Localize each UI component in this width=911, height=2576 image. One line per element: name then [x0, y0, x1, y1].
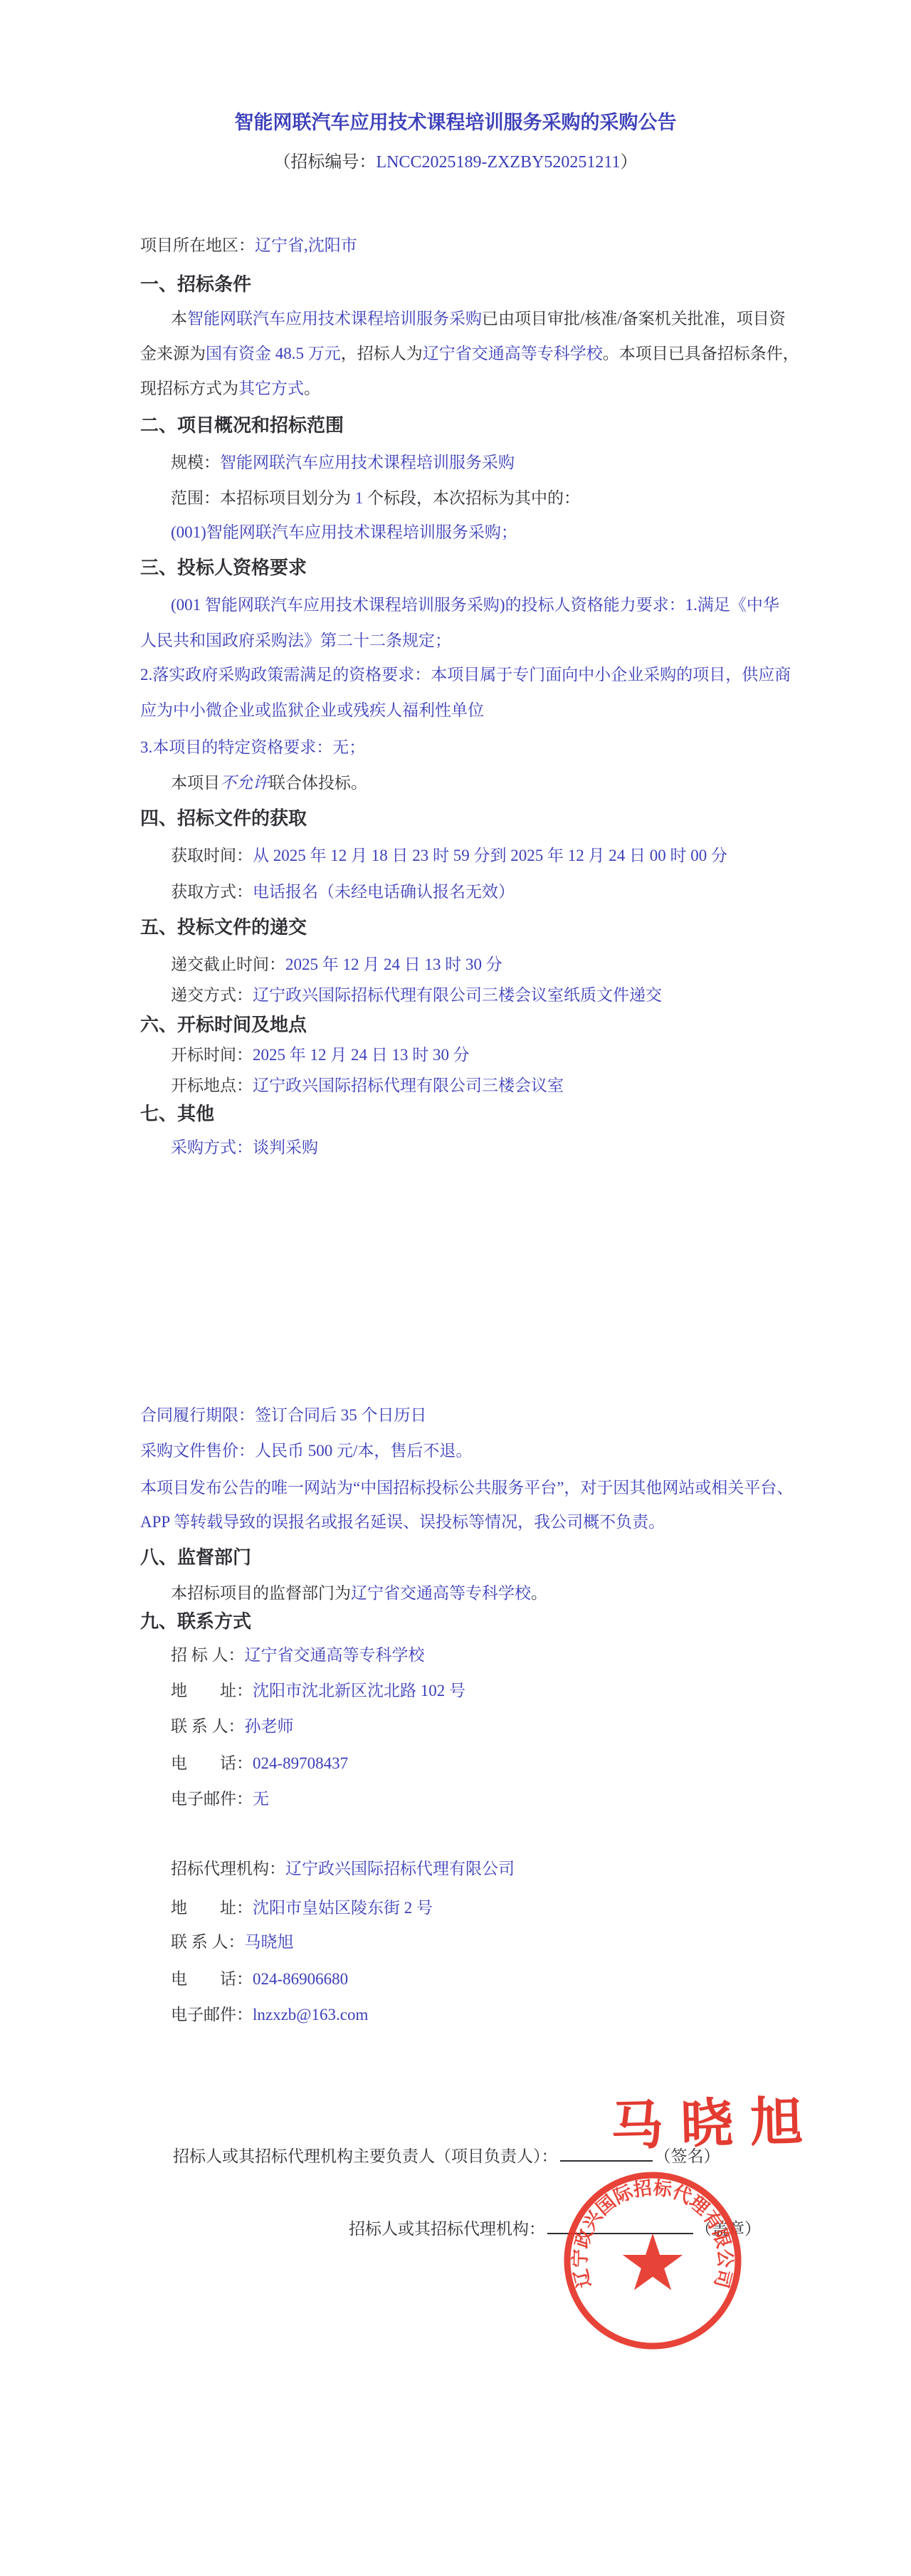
- field-deadline: 递交截止时间：2025 年 12 月 24 日 13 时 30 分: [171, 952, 502, 978]
- text-segment: 地 址：: [171, 1899, 253, 1917]
- section-heading-3: 三、投标人资格要求: [140, 555, 307, 581]
- text-segment: 本项目发布公告的唯一网站为“中国招标投标公共服务平台”，对于因其他网站或相关平台…: [140, 1479, 793, 1497]
- text-segment: 电 话：: [171, 1754, 253, 1772]
- text-segment: 一、招标条件: [140, 274, 251, 295]
- doc-subtitle: （招标编号：LNCC2025189-ZXZBY520251211）: [0, 150, 911, 175]
- text-segment: 辽宁省,沈阳市: [255, 236, 357, 254]
- text-segment: 024-89708437: [253, 1754, 348, 1772]
- contact-tenderer-person: 联 系 人：孙老师: [171, 1714, 294, 1739]
- text-segment: 024-86906680: [253, 1970, 348, 1988]
- text-segment: 三、投标人资格要求: [140, 557, 307, 578]
- text-segment: 四、招标文件的获取: [140, 808, 307, 829]
- text-segment: LNCC2025189-ZXZBY520251211: [376, 153, 620, 172]
- text-segment: 不允许: [220, 774, 269, 792]
- company-round-stamp: ★ 辽宁政兴国际招标代理有限公司: [559, 2167, 746, 2354]
- text-segment: 已由项目审批/核准/备案机关批准，项目资: [482, 310, 786, 328]
- text-segment: 招标人或其招标代理机构主要负责人（项目负责人）：: [173, 2147, 558, 2165]
- field-submit-method: 递交方式：辽宁政兴国际招标代理有限公司三楼会议室纸质文件递交: [171, 983, 662, 1008]
- text-segment: 获取方式：: [171, 883, 253, 901]
- text-segment: 辽宁政兴国际招标代理有限公司: [285, 1860, 515, 1878]
- text-segment: 合同履行期限：签订合同后 35 个日历日: [140, 1406, 427, 1424]
- para-policy-line1: 2.落实政府采购政策需满足的资格要求：本项目属于专门面向中小企业采购的项目，供应…: [140, 662, 791, 688]
- field-open-place: 开标地点：辽宁政兴国际招标代理有限公司三楼会议室: [171, 1073, 564, 1099]
- text-segment: 电 话：: [171, 1970, 253, 1988]
- section-heading-6: 六、开标时间及地点: [140, 1012, 307, 1038]
- contact-tenderer: 招 标 人：辽宁省交通高等专科学校: [171, 1643, 425, 1668]
- section-heading-7: 七、其他: [140, 1101, 214, 1127]
- text-segment: 规模：: [171, 454, 220, 471]
- text-segment: 电子邮件：: [171, 1790, 253, 1808]
- contact-agency-phone: 电 话：024-86906680: [171, 1967, 348, 1992]
- text-segment: 辽宁省交通高等专科学校: [423, 345, 603, 362]
- text-segment: 1: [355, 489, 364, 507]
- text-segment: 递交方式：: [171, 986, 253, 1004]
- project-region-line: 项目所在地区：辽宁省,沈阳市: [140, 233, 357, 258]
- text-segment: 电子邮件：: [171, 2006, 253, 2023]
- text-segment: 智能网联汽车应用技术课程培训服务采购: [220, 454, 515, 471]
- contact-tenderer-phone: 电 话：024-89708437: [171, 1751, 348, 1776]
- text-segment: 地 址：: [171, 1682, 253, 1700]
- text-segment: 无: [253, 1790, 269, 1808]
- text-segment: 2.落实政府采购政策需满足的资格要求：本项目属于专门面向中小企业采购的项目，供应…: [140, 666, 791, 684]
- para-conditions-line2: 金来源为国有资金 48.5 万元，招标人为辽宁省交通高等专科学校。本项目已具备招…: [140, 341, 799, 367]
- text-segment: 电话报名（未经电话确认报名无效）: [253, 883, 515, 901]
- section-heading-8: 八、监督部门: [140, 1545, 251, 1571]
- section-heading-5: 五、投标文件的递交: [140, 915, 307, 941]
- text-segment: 获取时间：: [171, 847, 253, 864]
- text-segment: ，招标人为: [341, 345, 423, 362]
- doc-title: 智能网联汽车应用技术课程培训服务采购的采购公告: [0, 110, 911, 135]
- text-segment: 2025 年 12 月 24 日 13 时 30 分: [253, 1046, 470, 1064]
- text-segment: 采购方式：谈判采购: [171, 1138, 318, 1156]
- handwritten-signature: 马晓旭: [610, 2079, 821, 2160]
- text-segment: lnzxzb@163.com: [253, 2006, 368, 2023]
- field-open-time: 开标时间：2025 年 12 月 24 日 13 时 30 分: [171, 1042, 470, 1068]
- text-segment: 智能网联汽车应用技术课程培训服务采购的采购公告: [235, 112, 677, 133]
- text-segment: 九、联系方式: [140, 1611, 251, 1632]
- text-segment: 沈阳市皇姑区陵东街 2 号: [253, 1899, 433, 1917]
- field-obtain-time: 获取时间：从 2025 年 12 月 18 日 23 时 59 分到 2025 …: [171, 843, 727, 869]
- text-segment: 开标时间：: [171, 1046, 253, 1064]
- text-segment: 从 2025 年 12 月 18 日 23 时 59 分到 2025 年 12 …: [253, 847, 727, 864]
- para-specific-requirement: 3.本项目的特定资格要求：无；: [140, 735, 365, 760]
- text-segment: 八、监督部门: [140, 1547, 251, 1568]
- para-qualification-line1: (001 智能网联汽车应用技术课程培训服务采购)的投标人资格能力要求：1.满足《…: [171, 592, 779, 618]
- stamp-star-icon: ★: [618, 2220, 688, 2307]
- text-segment: 人民共和国政府采购法》第二十二条规定；: [140, 632, 451, 649]
- text-segment: 本项目: [171, 774, 220, 792]
- text-segment: 辽宁省交通高等专科学校: [351, 1584, 531, 1602]
- procurement-announcement-document: 智能网联汽车应用技术课程培训服务采购的采购公告（招标编号：LNCC2025189…: [0, 0, 911, 2576]
- text-segment: 招标代理机构：: [171, 1860, 285, 1878]
- text-segment: 金来源为: [140, 345, 206, 362]
- contact-agency-email: 电子邮件：lnzxzb@163.com: [171, 2002, 368, 2028]
- text-segment: 联合体投标。: [269, 774, 367, 792]
- contact-tenderer-email: 电子邮件：无: [171, 1786, 269, 1812]
- text-segment: (001)智能网联汽车应用技术课程培训服务采购；: [171, 523, 517, 541]
- section-heading-1: 一、招标条件: [140, 272, 251, 298]
- field-procure-method: 采购方式：谈判采购: [171, 1135, 318, 1161]
- text-segment: （招标编号：: [273, 153, 376, 172]
- field-scale: 规模：智能网联汽车应用技术课程培训服务采购: [171, 450, 515, 476]
- text-segment: 递交截止时间：: [171, 955, 285, 973]
- text-segment: 范围：本招标项目划分为: [171, 489, 355, 507]
- text-segment: 智能网联汽车应用技术课程培训服务采购: [187, 310, 482, 328]
- text-segment: 沈阳市沈北新区沈北路 102 号: [253, 1682, 465, 1700]
- text-segment: 本招标项目的监督部门为: [171, 1584, 351, 1602]
- section-heading-4: 四、招标文件的获取: [140, 806, 307, 832]
- contact-agency-person: 联 系 人：马晓旭: [171, 1930, 294, 1955]
- text-segment: 开标地点：: [171, 1077, 253, 1094]
- text-segment: (001 智能网联汽车应用技术课程培训服务采购)的投标人资格能力要求：1.满足《…: [171, 596, 779, 614]
- text-segment: 国有资金 48.5 万元: [206, 345, 341, 362]
- text-segment: 本: [171, 310, 187, 328]
- text-segment: 个标段，本次招标为其中的：: [363, 489, 580, 507]
- text-segment: 。本项目已具备招标条件，: [603, 345, 799, 362]
- text-segment: 孙老师: [245, 1717, 294, 1735]
- text-segment: ）: [621, 153, 638, 172]
- para-conditions-line1: 本智能网联汽车应用技术课程培训服务采购已由项目审批/核准/备案机关批准，项目资: [171, 306, 786, 332]
- text-segment: APP 等转载导致的误报名或报名延误、误投标等情况，我公司概不负责。: [140, 1513, 665, 1531]
- section-heading-2: 二、项目概况和招标范围: [140, 413, 344, 439]
- para-policy-line2: 应为中小微企业或监狱企业或残疾人福利性单位: [140, 698, 484, 723]
- text-segment: 2025 年 12 月 24 日 13 时 30 分: [285, 955, 502, 973]
- contact-agency: 招标代理机构：辽宁政兴国际招标代理有限公司: [171, 1856, 515, 1882]
- text-segment: 二、项目概况和招标范围: [140, 415, 344, 436]
- section-heading-9: 九、联系方式: [140, 1609, 251, 1635]
- text-segment: 联 系 人：: [171, 1933, 245, 1951]
- text-segment: 辽宁政兴国际招标代理有限公司三楼会议室: [253, 1077, 564, 1094]
- text-segment: 采购文件售价：人民币 500 元/本，售后不退。: [140, 1442, 472, 1460]
- contact-tenderer-address: 地 址：沈阳市沈北新区沈北路 102 号: [171, 1678, 465, 1704]
- text-segment: 六、开标时间及地点: [140, 1015, 307, 1035]
- text-segment: 。: [531, 1584, 547, 1602]
- text-segment: 3.本项目的特定资格要求：无；: [140, 738, 365, 756]
- text-segment: 应为中小微企业或监狱企业或残疾人福利性单位: [140, 701, 484, 719]
- para-no-consortium: 本项目不允许联合体投标。: [171, 770, 367, 796]
- para-website-line1: 本项目发布公告的唯一网站为“中国招标投标公共服务平台”，对于因其他网站或相关平台…: [140, 1475, 793, 1501]
- text-segment: 辽宁政兴国际招标代理有限公司三楼会议室纸质文件递交: [253, 986, 662, 1004]
- para-supervisor: 本招标项目的监督部门为辽宁省交通高等专科学校。: [171, 1581, 547, 1606]
- para-qualification-line2: 人民共和国政府采购法》第二十二条规定；: [140, 628, 451, 654]
- field-doc-price: 采购文件售价：人民币 500 元/本，售后不退。: [140, 1438, 472, 1464]
- text-segment: 现招标方式为: [140, 379, 238, 397]
- contact-agency-address: 地 址：沈阳市皇姑区陵东街 2 号: [171, 1895, 433, 1921]
- field-obtain-method: 获取方式：电话报名（未经电话确认报名无效）: [171, 879, 515, 905]
- field-lot-001: (001)智能网联汽车应用技术课程培训服务采购；: [171, 520, 517, 545]
- field-scope: 范围：本招标项目划分为 1 个标段，本次招标为其中的：: [171, 486, 580, 511]
- text-segment: 七、其他: [140, 1104, 214, 1124]
- text-segment: 联 系 人：: [171, 1717, 245, 1735]
- text-segment: 。: [304, 379, 320, 397]
- text-segment: 五、投标文件的递交: [140, 917, 307, 938]
- text-segment: 招 标 人：: [171, 1646, 245, 1664]
- text-segment: 项目所在地区：: [140, 236, 255, 254]
- field-contract-period: 合同履行期限：签订合同后 35 个日历日: [140, 1403, 427, 1428]
- para-website-line2: APP 等转载导致的误报名或报名延误、误投标等情况，我公司概不负责。: [140, 1509, 665, 1535]
- text-segment: 其它方式: [238, 379, 304, 397]
- text-segment: 辽宁省交通高等专科学校: [245, 1646, 425, 1664]
- para-conditions-line3: 现招标方式为其它方式。: [140, 376, 320, 402]
- text-segment: 招标人或其招标代理机构：: [349, 2220, 545, 2238]
- text-segment: 马晓旭: [245, 1933, 294, 1951]
